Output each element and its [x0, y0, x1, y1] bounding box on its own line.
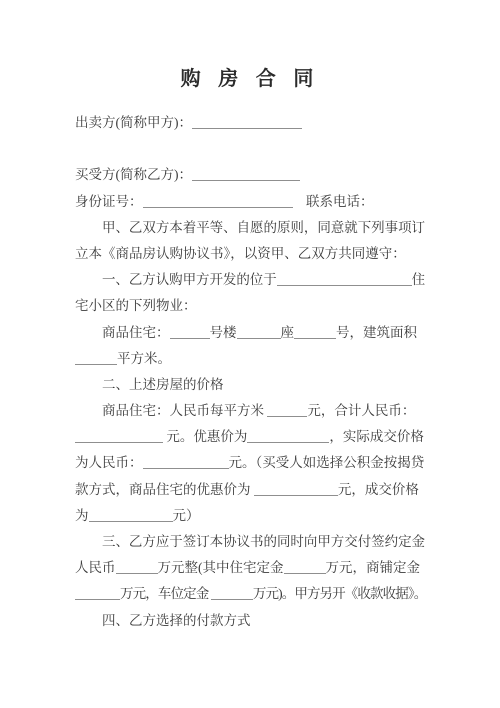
- fill-in-blank: [192, 168, 300, 181]
- fill-in-blank: [267, 404, 307, 417]
- contract-page: 购 房 合 同 出卖方(简称甲方)：买受方(简称乙方)：身份证号： 联系电话：甲…: [0, 0, 500, 708]
- document-line: 宅小区的下列物业：: [75, 293, 425, 319]
- document-line: 立本《商品房认购协议书》，以资甲、乙双方共同遵守：: [75, 241, 425, 267]
- document-line: 出卖方(简称甲方)：: [75, 110, 425, 136]
- line-text: 元。（买受人如选择公积金按揭贷: [229, 455, 425, 470]
- line-text: 四、乙方选择的付款方式: [102, 613, 251, 628]
- line-text: 号楼: [210, 325, 237, 340]
- fill-in-blank: [237, 326, 281, 339]
- line-text: 元，成交价格: [338, 482, 419, 497]
- line-text: 平方米。: [117, 351, 171, 366]
- contract-title: 购 房 合 同: [0, 66, 500, 92]
- fill-in-blank: [211, 587, 253, 600]
- document-line: 买受方(简称乙方)：: [75, 162, 425, 188]
- line-text: 万元，车位定金: [120, 586, 211, 601]
- line-text: 买受方(简称乙方)：: [75, 167, 192, 182]
- line-text: 宅小区的下列物业：: [75, 298, 197, 313]
- fill-in-blank: [116, 561, 158, 574]
- document-line: 身份证号： 联系电话：: [75, 189, 425, 215]
- document-line: 四、乙方选择的付款方式: [75, 608, 425, 634]
- line-text: 身份证号：: [75, 194, 143, 209]
- fill-in-blank: [75, 587, 120, 600]
- fill-in-blank: [75, 430, 163, 443]
- document-line: 为元）: [75, 503, 425, 529]
- fill-in-blank: [247, 430, 329, 443]
- fill-in-blank: [254, 483, 338, 496]
- line-text: 款方式，商品住宅的优惠价为: [75, 482, 254, 497]
- line-text: ，实际成交价格: [329, 429, 424, 444]
- document-line: 一、乙方认购甲方开发的位于住: [75, 267, 425, 293]
- line-text: 万元整(其中住宅定金: [158, 560, 284, 575]
- document-line: 为人民币：元。（买受人如选择公积金按揭贷: [75, 450, 425, 476]
- fill-in-blank: [75, 352, 117, 365]
- fill-in-blank: [89, 509, 173, 522]
- document-line: 甲、乙双方本着平等、自愿的原则，同意就下列事项订: [75, 215, 425, 241]
- fill-in-blank: [277, 273, 412, 286]
- fill-in-blank: [170, 326, 210, 339]
- fill-in-blank: [143, 195, 293, 208]
- document-line: 款方式，商品住宅的优惠价为 元，成交价格: [75, 477, 425, 503]
- line-text: 住: [412, 272, 425, 287]
- document-line: 人民币万元整(其中住宅定金万元，商铺定金: [75, 555, 425, 581]
- document-line: 商品住宅：号楼座号，建筑面积: [75, 320, 425, 346]
- document-line: 三、乙方应于签订本协议书的同时向甲方交付签约定金: [75, 529, 425, 555]
- line-text: 甲、乙双方本着平等、自愿的原则，同意就下列事项订: [102, 220, 425, 235]
- document-line: 商品住宅：人民币每平方米 元，合计人民币：: [75, 398, 425, 424]
- line-text: 为: [75, 508, 89, 523]
- line-text: 立本《商品房认购协议书》，以资甲、乙双方共同遵守：: [75, 246, 406, 261]
- fill-in-blank: [192, 116, 302, 129]
- line-text: 号，建筑面积: [336, 325, 417, 340]
- line-text: 元）: [173, 508, 200, 523]
- line-text: 万元)。甲方另开《收款收据》。: [253, 586, 427, 601]
- fill-in-blank: [143, 456, 229, 469]
- line-text: 万元，商铺定金: [326, 560, 421, 575]
- line-text: 元。优惠价为: [163, 429, 247, 444]
- line-text: 人民币: [75, 560, 116, 575]
- document-line: [75, 136, 425, 162]
- line-text: 一、乙方认购甲方开发的位于: [102, 272, 277, 287]
- line-text: 商品住宅：人民币每平方米: [102, 403, 267, 418]
- document-line: 万元，车位定金 万元)。甲方另开《收款收据》。: [75, 581, 425, 607]
- line-text: 联系电话：: [293, 194, 374, 209]
- document-line: 二、上述房屋的价格: [75, 372, 425, 398]
- line-text: 二、上述房屋的价格: [102, 377, 224, 392]
- line-text: 座: [281, 325, 295, 340]
- fill-in-blank: [294, 326, 336, 339]
- line-text: 为人民币：: [75, 455, 143, 470]
- line-text: 商品住宅：: [102, 325, 170, 340]
- line-text: 元，合计人民币：: [307, 403, 415, 418]
- document-line: 元。优惠价为，实际成交价格: [75, 424, 425, 450]
- line-text: 三、乙方应于签订本协议书的同时向甲方交付签约定金: [102, 534, 425, 549]
- contract-body: 出卖方(简称甲方)：买受方(简称乙方)：身份证号： 联系电话：甲、乙双方本着平等…: [0, 110, 500, 634]
- line-text: 出卖方(简称甲方)：: [75, 115, 192, 130]
- fill-in-blank: [284, 561, 326, 574]
- document-line: 平方米。: [75, 346, 425, 372]
